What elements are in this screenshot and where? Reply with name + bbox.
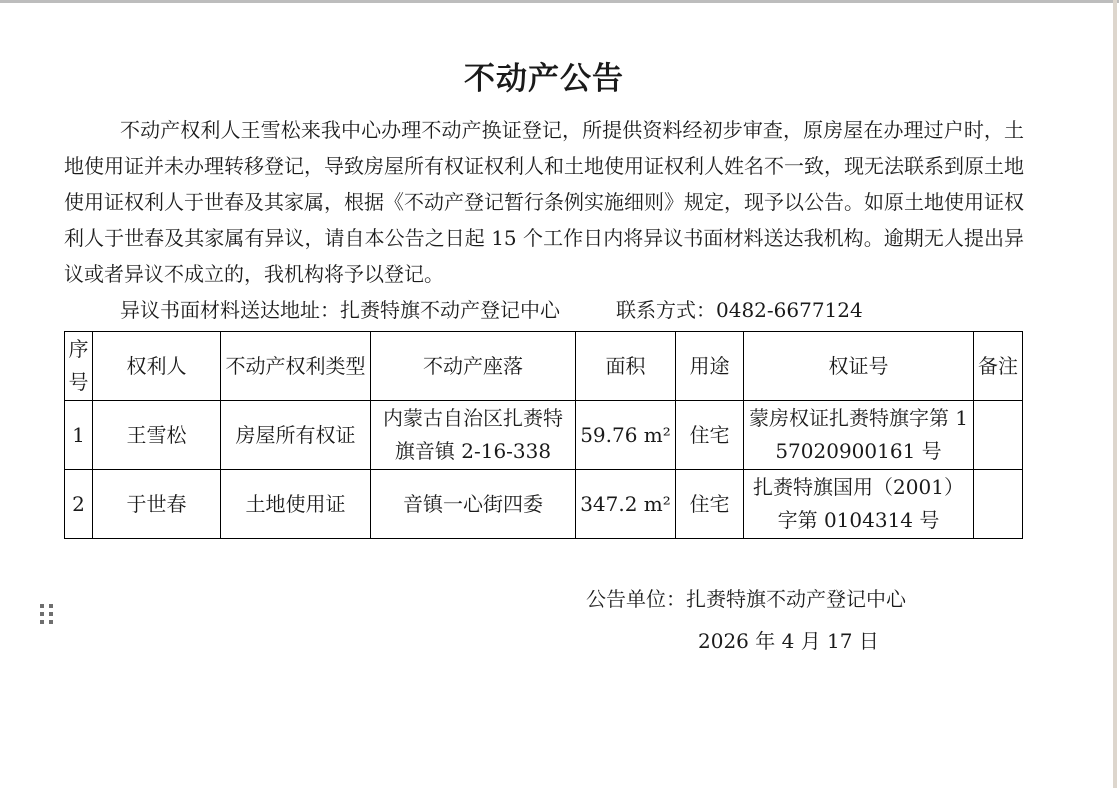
cell-usage: 住宅 xyxy=(676,470,744,539)
cell-seq: 1 xyxy=(65,401,93,470)
header-right-type: 不动产权利类型 xyxy=(221,332,371,401)
document-page: 不动产公告 不动产权利人王雪松来我中心办理不动产换证登记，所提供资料经初步审查，… xyxy=(64,58,1024,659)
cell-location: 音镇一心街四委 xyxy=(371,470,576,539)
header-remarks: 备注 xyxy=(974,332,1023,401)
grip-dot xyxy=(40,604,44,608)
page-right-edge xyxy=(1113,0,1117,788)
issue-date: 2026 年 4 月 17 日 xyxy=(698,623,1024,659)
header-area: 面积 xyxy=(576,332,676,401)
grip-dot xyxy=(49,620,53,624)
window-top-edge xyxy=(0,0,1119,3)
header-location: 不动产座落 xyxy=(371,332,576,401)
issuing-unit: 公告单位：扎赉特旗不动产登记中心 xyxy=(586,581,1024,617)
cell-remarks xyxy=(974,401,1023,470)
grip-dot xyxy=(49,612,53,616)
cell-location: 内蒙古自治区扎赉特旗音镇 2-16-338 xyxy=(371,401,576,470)
table-row: 1 王雪松 房屋所有权证 内蒙古自治区扎赉特旗音镇 2-16-338 59.76… xyxy=(65,401,1023,470)
contact-phone-text: 联系方式：0482-6677124 xyxy=(616,298,863,322)
announcement-paragraph: 不动产权利人王雪松来我中心办理不动产换证登记，所提供资料经初步审查，原房屋在办理… xyxy=(64,112,1024,292)
header-usage: 用途 xyxy=(676,332,744,401)
grip-dot xyxy=(40,612,44,616)
cell-right-type: 土地使用证 xyxy=(221,470,371,539)
address-contact-line: 异议书面材料送达地址：扎赉特旗不动产登记中心联系方式：0482-6677124 xyxy=(64,292,1024,328)
delivery-address-text: 异议书面材料送达地址：扎赉特旗不动产登记中心 xyxy=(120,298,560,322)
page-title: 不动产公告 xyxy=(64,58,1024,100)
cell-cert-no: 扎赉特旗国用（2001）字第 0104314 号 xyxy=(744,470,974,539)
header-holder: 权利人 xyxy=(93,332,221,401)
grip-dot xyxy=(49,604,53,608)
drag-handle-icon[interactable] xyxy=(40,604,53,624)
cell-holder: 于世春 xyxy=(93,470,221,539)
cell-area: 59.76 m² xyxy=(576,401,676,470)
cell-area: 347.2 m² xyxy=(576,470,676,539)
header-cert-no: 权证号 xyxy=(744,332,974,401)
cell-holder: 王雪松 xyxy=(93,401,221,470)
cell-right-type: 房屋所有权证 xyxy=(221,401,371,470)
cell-cert-no: 蒙房权证扎赉特旗字第 157020900161 号 xyxy=(744,401,974,470)
rights-table: 序号 权利人 不动产权利类型 不动产座落 面积 用途 权证号 备注 1 王雪松 … xyxy=(64,331,1023,539)
table-row: 2 于世春 土地使用证 音镇一心街四委 347.2 m² 住宅 扎赉特旗国用（2… xyxy=(65,470,1023,539)
cell-seq: 2 xyxy=(65,470,93,539)
grip-dot xyxy=(40,620,44,624)
header-seq: 序号 xyxy=(65,332,93,401)
cell-remarks xyxy=(974,470,1023,539)
cell-usage: 住宅 xyxy=(676,401,744,470)
table-header-row: 序号 权利人 不动产权利类型 不动产座落 面积 用途 权证号 备注 xyxy=(65,332,1023,401)
